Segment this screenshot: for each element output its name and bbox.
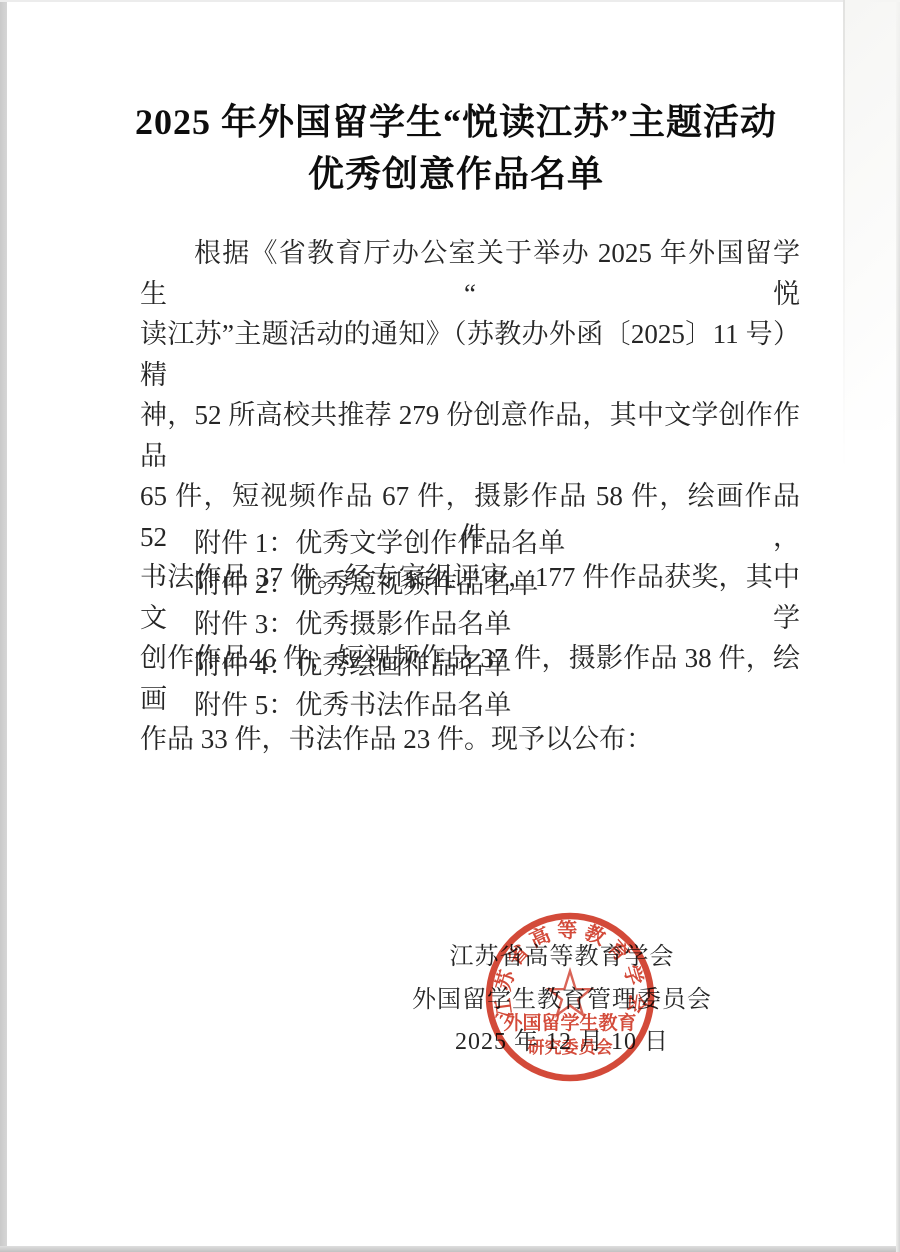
attachment-item: 附件 4：优秀绘画作品名单	[140, 645, 800, 686]
body-line: 神，52 所高校共推荐 279 份创意作品，其中文学创作作品	[140, 395, 800, 476]
document-title-line2: 优秀创意作品名单	[128, 148, 784, 200]
attachment-item: 附件 3：优秀摄影作品名单	[140, 604, 800, 645]
scan-edge-left	[0, 0, 7, 1252]
scan-corner-shade	[845, 0, 900, 430]
attachment-list: 附件 1：优秀文学创作作品名单 附件 2：优秀短视频作品名单 附件 3：优秀摄影…	[140, 523, 800, 726]
attachment-item: 附件 2：优秀短视频作品名单	[140, 564, 800, 605]
scan-edge-top	[0, 0, 900, 2]
document-title-line1: 2025 年外国留学生“悦读江苏”主题活动	[128, 96, 784, 148]
body-line: 根据《省教育厅办公室关于举办 2025 年外国留学生“悦	[140, 233, 800, 314]
scan-edge-bottom	[0, 1246, 900, 1252]
attachment-item: 附件 1：优秀文学创作作品名单	[140, 523, 800, 564]
scanned-document-page: 2025 年外国留学生“悦读江苏”主题活动 优秀创意作品名单 根据《省教育厅办公…	[0, 0, 900, 1252]
seal-center-line2: 研究委员会	[528, 1037, 613, 1057]
seal-center-line1: 外国留学生教育	[503, 1011, 636, 1034]
document-title: 2025 年外国留学生“悦读江苏”主题活动 优秀创意作品名单	[128, 96, 784, 200]
seal-star-icon	[549, 971, 591, 1015]
body-line: 读江苏”主题活动的通知》（苏教办外函〔2025〕11 号）精	[140, 314, 800, 395]
official-seal: 江苏省高等教育学会 外国留学生教育 研究委员会	[483, 910, 657, 1084]
attachment-item: 附件 5：优秀书法作品名单	[140, 685, 800, 726]
